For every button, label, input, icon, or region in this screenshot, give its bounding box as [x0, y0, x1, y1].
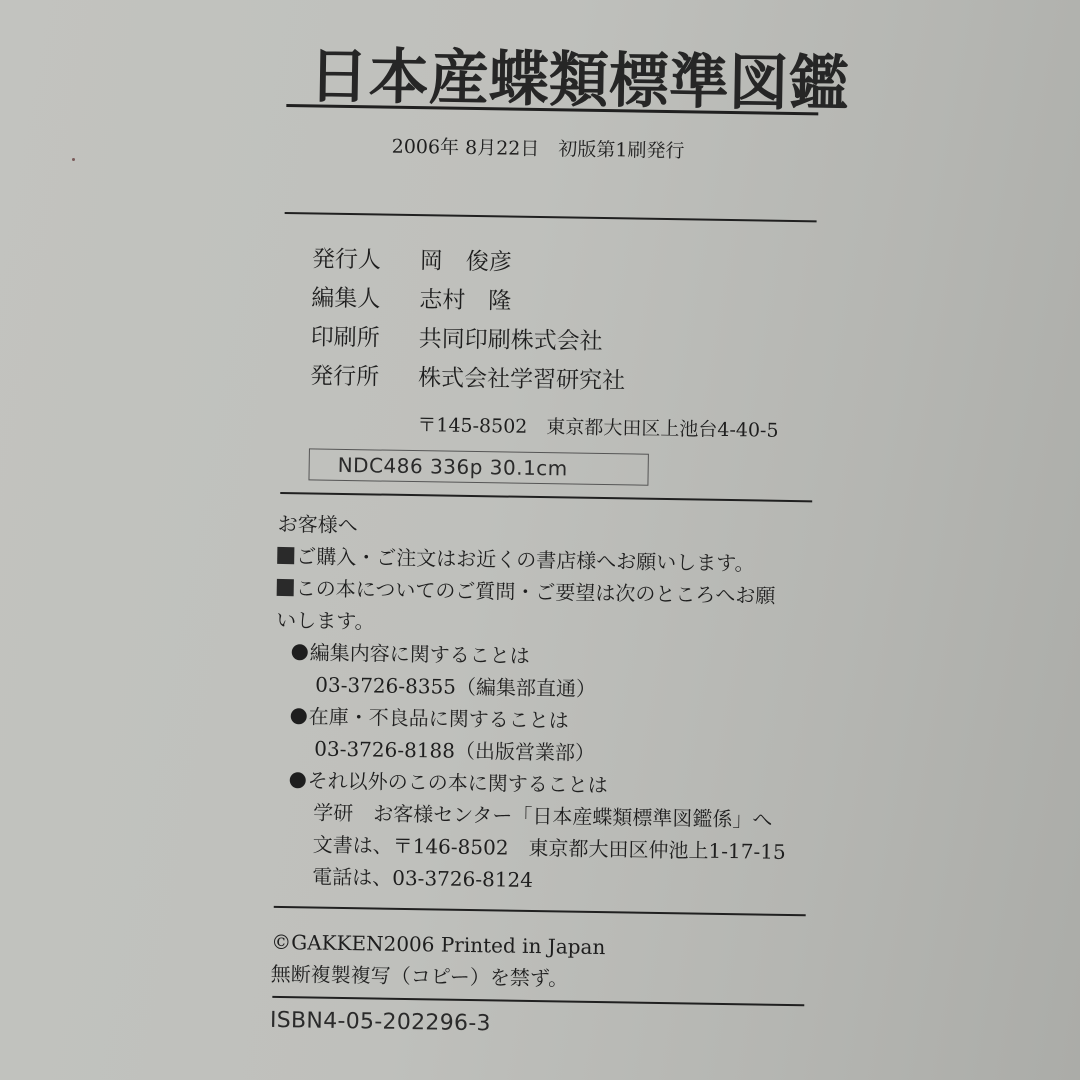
divider-copyright — [272, 996, 804, 1006]
staff-name: 志村 隆 — [419, 281, 512, 321]
staff-list: 発行人 岡 俊彦 編集人 志村 隆 印刷所 共同印刷株式会社 発行所 株式会社学… — [310, 240, 627, 401]
paper-speck — [72, 158, 75, 161]
staff-role: 発行人 — [312, 240, 421, 281]
staff-name: 株式会社学習研究社 — [418, 359, 626, 401]
divider-edition — [285, 212, 817, 222]
staff-row-editor: 編集人 志村 隆 — [311, 279, 627, 323]
copyright-block: ©GAKKEN2006 Printed in Japan 無断複製複写（コピー）… — [270, 926, 605, 995]
circle-bullet-icon — [290, 772, 306, 788]
colophon-page: 日本産蝶類標準図鑑 2006年 8月22日 初版第1刷発行 発行人 岡 俊彦 編… — [286, 0, 826, 8]
no-copy-notice: 無断複製複写（コピー）を禁ず。 — [270, 958, 605, 995]
circle-bullet-icon — [291, 708, 307, 724]
staff-name: 岡 俊彦 — [420, 242, 513, 282]
publisher-address: 〒145-8502 東京都大田区上池台4-40-5 — [417, 410, 779, 443]
circle-bullet-icon — [292, 644, 308, 660]
staff-role: 発行所 — [310, 357, 419, 398]
staff-row-publishing-house: 発行所 株式会社学習研究社 — [310, 357, 626, 401]
square-bullet-icon — [277, 579, 294, 596]
divider-contacts — [274, 906, 806, 916]
staff-role: 編集人 — [311, 279, 420, 320]
staff-row-publisher: 発行人 岡 俊彦 — [312, 240, 628, 284]
square-bullet-icon — [277, 547, 294, 564]
customer-notice: お客様へ ご購入・ご注文はお近くの書店様へお願いします。 この本についてのご質問… — [272, 508, 791, 900]
staff-name: 共同印刷株式会社 — [418, 320, 603, 362]
staff-row-printer: 印刷所 共同印刷株式会社 — [310, 318, 626, 362]
classification-box: NDC486 336p 30.1cm — [308, 448, 648, 485]
staff-role: 印刷所 — [310, 318, 419, 359]
edition-line: 2006年 8月22日 初版第1刷発行 — [392, 132, 685, 164]
isbn-number: ISBN4-05-202296-3 — [270, 1008, 491, 1036]
divider-classification — [280, 492, 812, 502]
copyright-line: ©GAKKEN2006 Printed in Japan — [271, 926, 606, 963]
